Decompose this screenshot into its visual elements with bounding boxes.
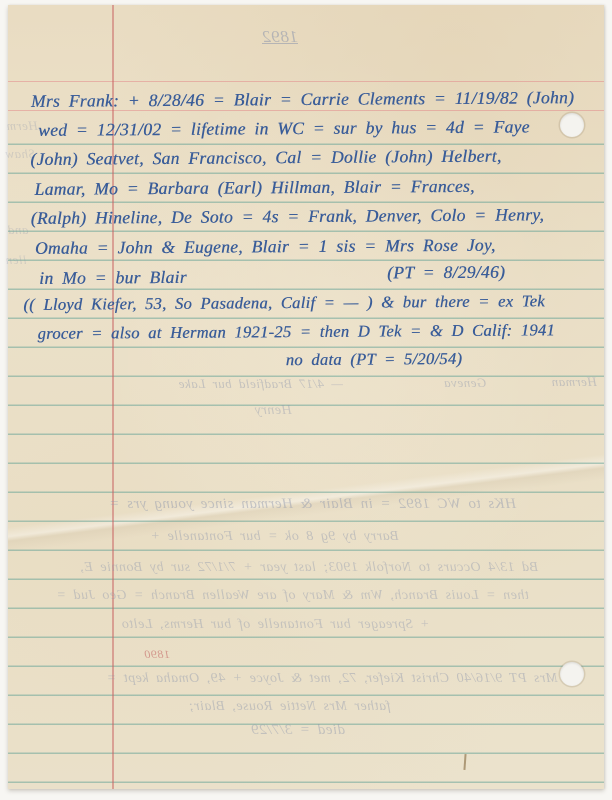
note-line: (Ralph) Hineline, De Soto = 4s = Frank, …: [31, 204, 544, 229]
note-line: no data (PT = 5/20/54): [286, 349, 463, 370]
note-line: grocer = also at Herman 1921-25 = then D…: [37, 320, 555, 344]
note-line: wed = 12/31/02 = lifetime in WC = sur by…: [38, 116, 530, 140]
note-line: (PT = 8/29/46): [387, 262, 505, 284]
note-line: (John) Seatvet, San Francisco, Cal = Dol…: [30, 146, 501, 170]
note-line: (( Lloyd Kiefer, 53, So Pasadena, Calif …: [23, 291, 545, 315]
note-line: Lamar, Mo = Barbara (Earl) Hillman, Blai…: [34, 176, 474, 200]
note-line: Mrs Frank: + 8/28/46 = Blair = Carrie Cl…: [31, 87, 574, 112]
handwriting-layer: Mrs Frank: + 8/28/46 = Blair = Carrie Cl…: [0, 0, 612, 800]
note-line: in Mo = bur Blair: [39, 267, 187, 289]
scanned-page: 1892HermShawandllen— 4/17 Bradfield bur …: [0, 0, 612, 800]
note-line: Omaha = John & Eugene, Blair = 1 sis = M…: [35, 235, 496, 259]
